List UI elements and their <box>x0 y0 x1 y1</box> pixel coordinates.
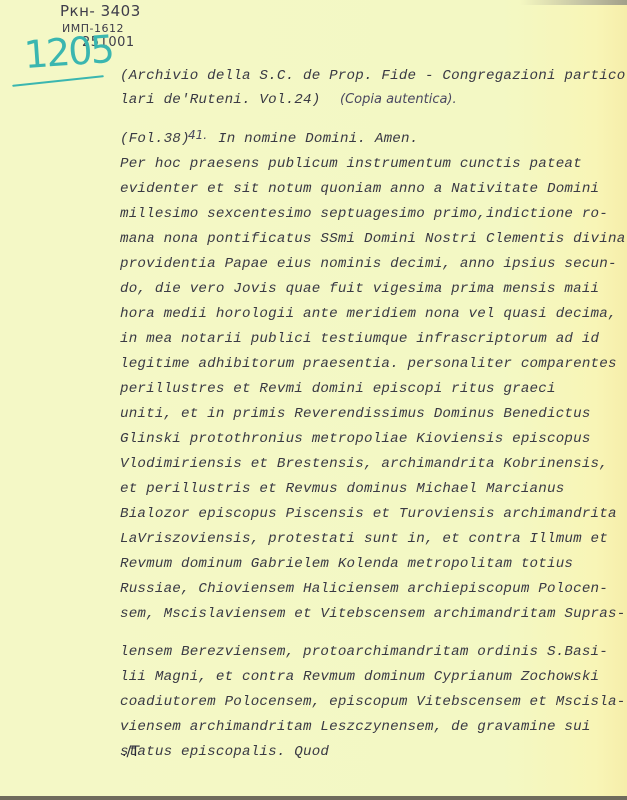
body-line: uniti, et in primis Reverendissimus Domi… <box>120 406 591 422</box>
body-line: evidenter et sit notum quoniam anno a Na… <box>120 181 599 197</box>
archive-pencil-reference: Ркн- 3403 <box>60 2 141 20</box>
body-line: lii Magni, et contra Revmum dominum Cypr… <box>120 669 599 685</box>
folio-label: (Fol.38) <box>120 131 190 147</box>
body-line: viensem archimandritam Leszczynensem, de… <box>120 719 591 735</box>
body-line: LaVriszoviensis, protestati sunt in, et … <box>120 531 608 547</box>
body-line: Russiae, Chioviensem Haliciensem archiep… <box>120 581 608 597</box>
body-line: mana nona pontificatus SSmi Domini Nostr… <box>120 231 625 247</box>
body-line: In nomine Domini. Amen. <box>218 131 418 147</box>
body-line: hora medii horologii ante meridiem nona … <box>120 306 617 322</box>
body-line: Bialozor episcopus Piscensis et Turovien… <box>120 506 617 522</box>
body-line: sem, Mscislaviensem et Vitebscensem arch… <box>120 606 625 622</box>
body-line: et perillustris et Revmus dominus Michae… <box>120 481 564 497</box>
body-line: perillustres et Revmi domini episcopi ri… <box>120 381 556 397</box>
margin-mark: ./T <box>122 744 140 760</box>
body-line: Per hoc praesens publicum instrumentum c… <box>120 156 582 172</box>
body-line: legitime adhibitorum praesentia. persona… <box>120 356 617 372</box>
scan-bottom-edge <box>0 796 627 800</box>
document-page: Ркн- 3403 ИМП-1612 251001 1205 (Archivio… <box>0 0 627 800</box>
body-line: in mea notarii publici testiumque infras… <box>120 331 599 347</box>
handwritten-page-number: 1205 <box>23 27 115 77</box>
handwritten-folio-number: 41. <box>188 128 207 142</box>
body-line: coadiutorem Polocensem, episcopum Vitebs… <box>120 694 625 710</box>
body-line: do, die vero Jovis quae fuit vigesima pr… <box>120 281 599 297</box>
header-line: lari de'Ruteni. Vol.24) <box>120 92 320 108</box>
body-line: Glinski protothronius metropoliae Kiovie… <box>120 431 591 447</box>
body-line: lensem Berezviensem, protoarchimandritam… <box>120 644 608 660</box>
body-line: Revmum dominum Gabrielem Kolenda metropo… <box>120 556 573 572</box>
body-line: millesimo sexcentesimo septuagesimo prim… <box>120 206 608 222</box>
scan-top-edge <box>520 0 627 5</box>
body-line: Vlodimiriensis et Brestensis, archimandr… <box>120 456 608 472</box>
body-line: providentia Papae eius nominis decimi, a… <box>120 256 617 272</box>
header-line: (Archivio della S.C. de Prop. Fide - Con… <box>120 68 627 84</box>
handwritten-annotation: (Copia autentica). <box>340 92 457 107</box>
body-line: status episcopalis. Quod <box>120 744 329 760</box>
